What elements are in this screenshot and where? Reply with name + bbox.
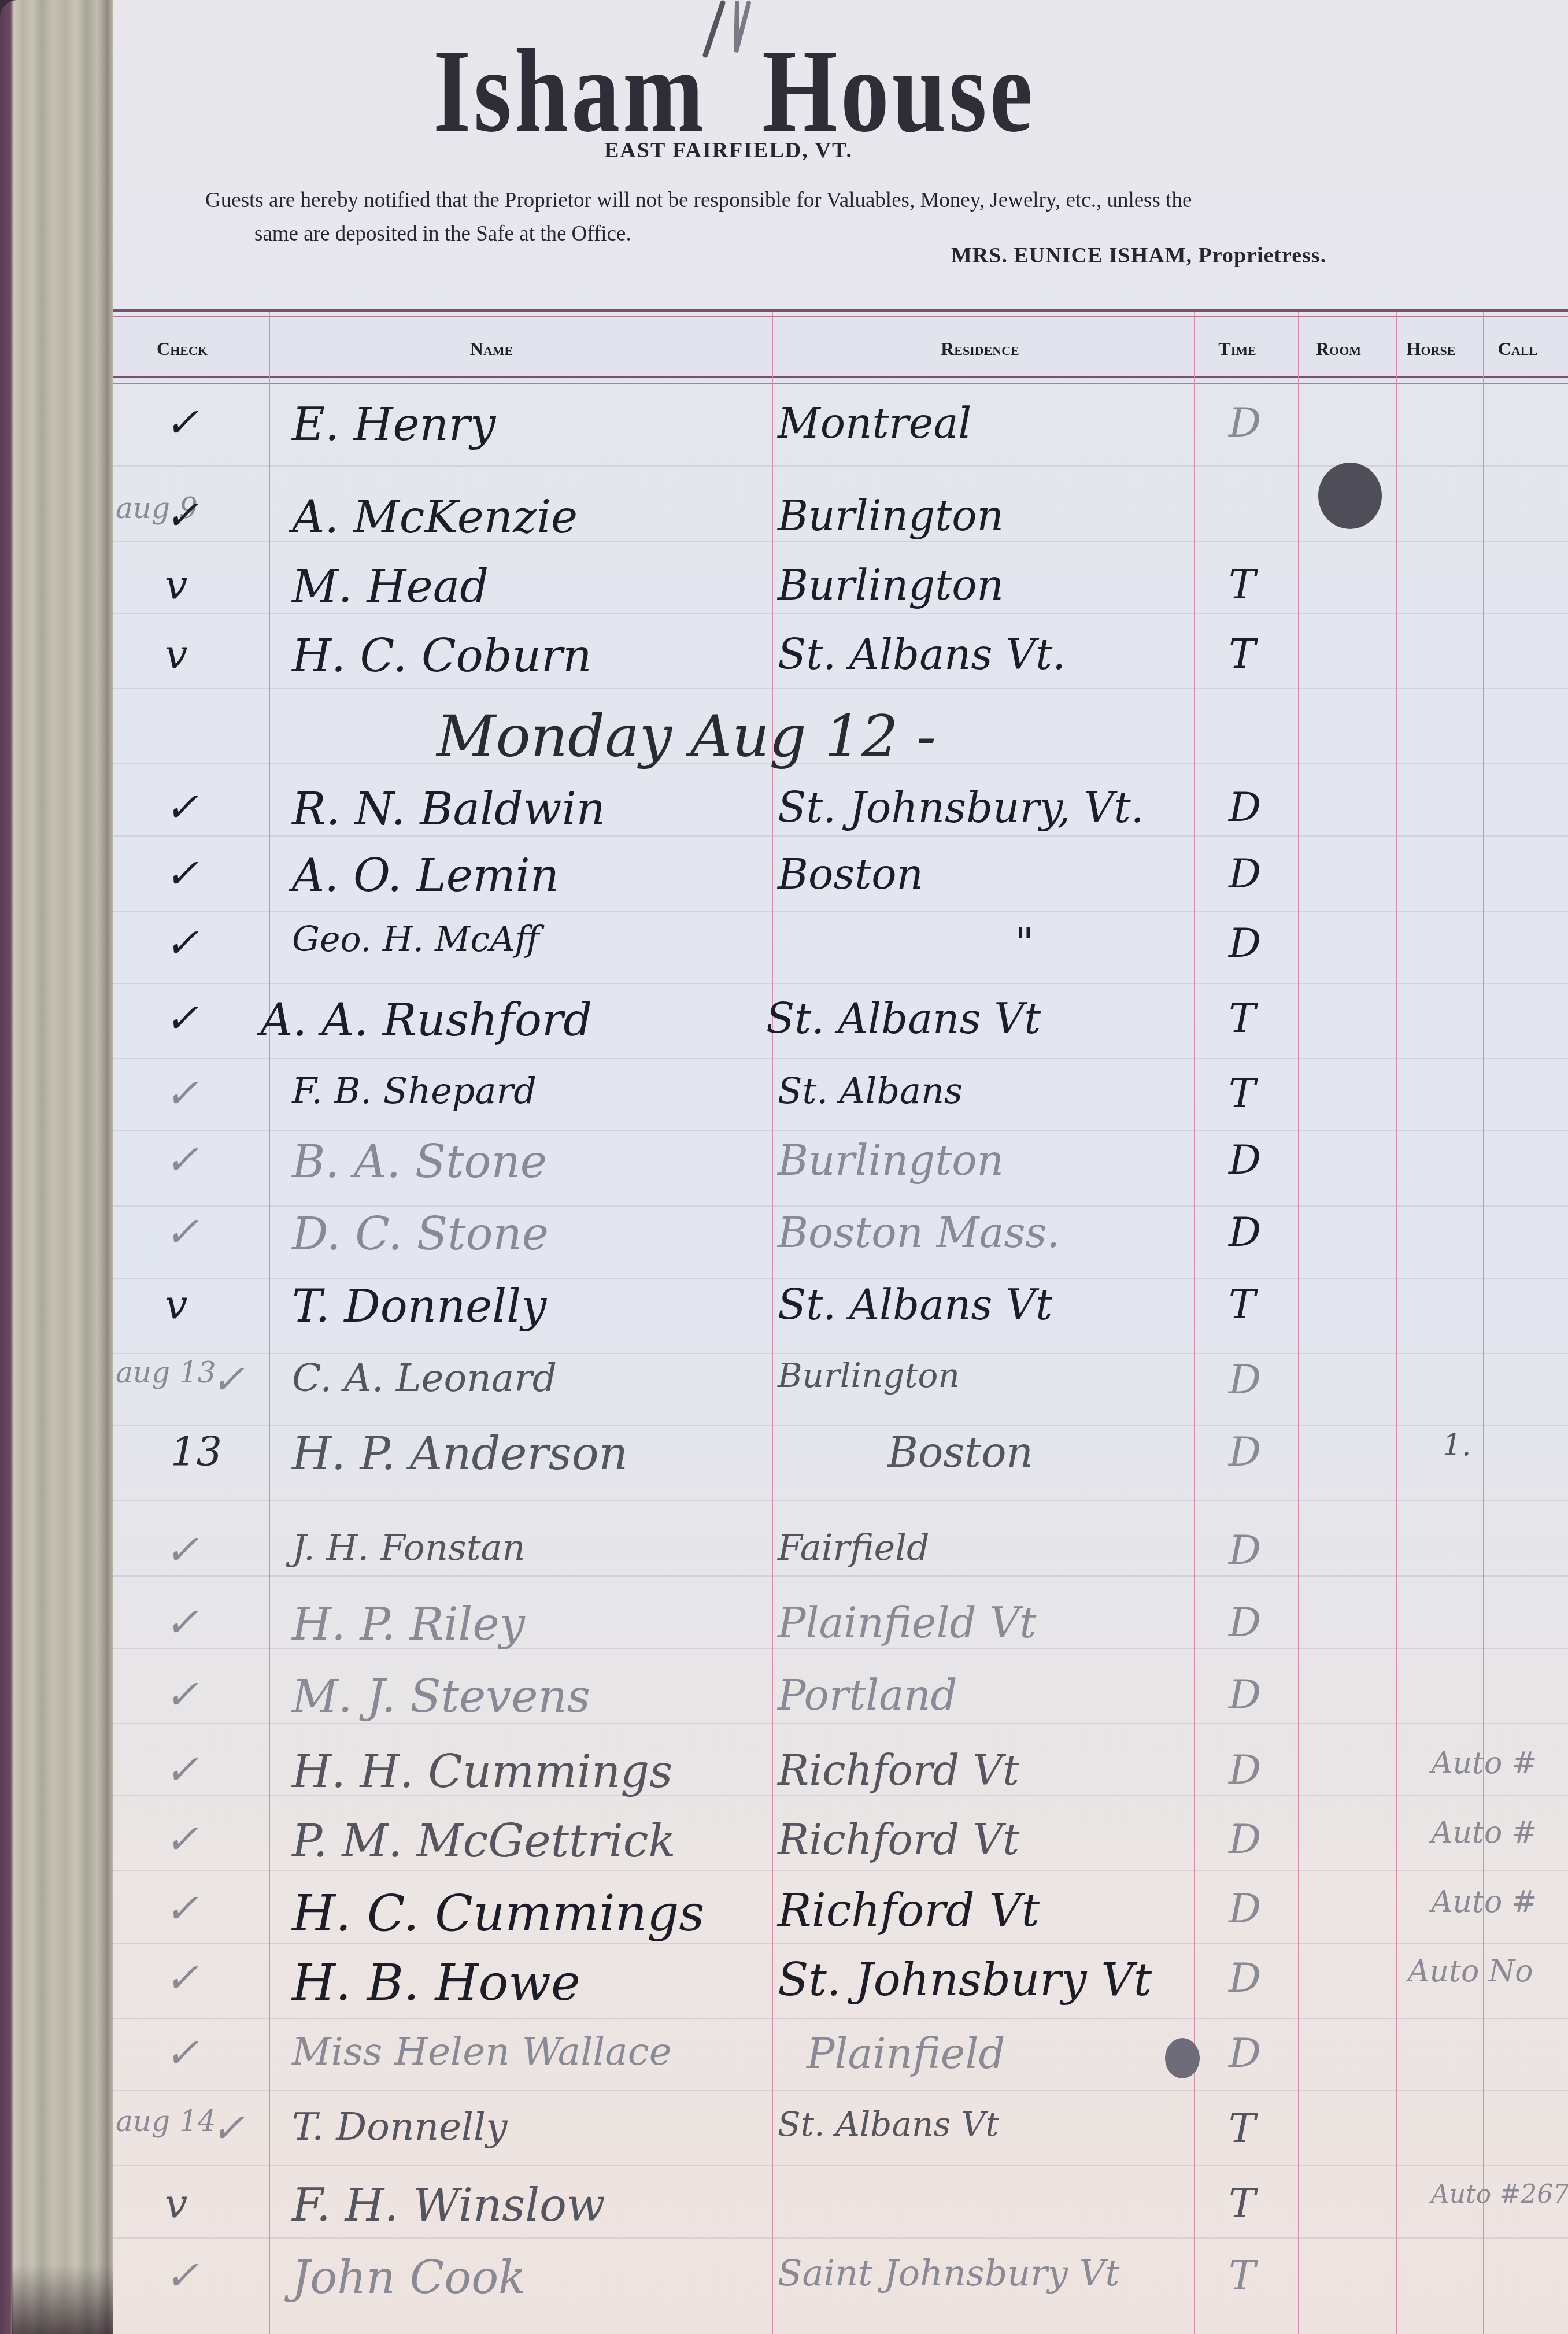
- arrival-time: D: [1229, 1815, 1261, 1863]
- guest-name: R. N. Baldwin: [292, 783, 605, 835]
- guest-residence: Boston: [778, 850, 923, 898]
- arrival-time: T: [1229, 2252, 1256, 2299]
- column-header-name: Name: [275, 338, 708, 360]
- header-top-rule: [113, 309, 1568, 317]
- arrival-time: D: [1229, 1671, 1261, 1718]
- guest-name: F. H. Winslow: [292, 2180, 605, 2232]
- register-row: v H. C. Coburn St. Albans Vt. T: [113, 630, 1568, 705]
- guest-residence: Saint Johnsbury Vt: [778, 2252, 1119, 2294]
- guest-name: H. P. Anderson: [292, 1428, 628, 1480]
- valuables-notice: Guests are hereby notified that the Prop…: [205, 184, 1568, 251]
- guest-name: E. Henry: [292, 399, 495, 451]
- register-row: ✓ A. O. Lemin Boston D: [113, 850, 1568, 925]
- register-row: 13 H. P. Anderson Boston D 1.: [113, 1428, 1568, 1503]
- arrival-time: D: [1229, 1526, 1261, 1574]
- guest-name: F. B. Shepard: [292, 1070, 537, 1112]
- guest-residence: Fairfield: [778, 1526, 930, 1569]
- check-mark: v: [165, 630, 188, 678]
- guest-name: T. Donnelly: [292, 1281, 546, 1333]
- register-page: Isham House EAST FAIRFIELD, VT. Guests a…: [113, 0, 1568, 2334]
- arrival-time: D: [1229, 1746, 1261, 1793]
- guest-name: H. B. Howe: [292, 1954, 580, 2012]
- guest-residence: Plainfield: [807, 2029, 1005, 2078]
- arrival-time: T: [1229, 561, 1256, 608]
- register-row: ✓ Geo. H. McAff " D: [113, 919, 1568, 994]
- check-mark: ✓: [165, 783, 199, 831]
- notice-line-2: same are deposited in the Safe at the Of…: [205, 217, 1568, 251]
- horse-note: Auto No: [1408, 1954, 1533, 1989]
- guest-residence: St. Albans Vt: [778, 2104, 999, 2144]
- arrival-time: D: [1229, 1356, 1261, 1403]
- check-mark: ✓: [165, 1671, 199, 1718]
- register-row: aug 13 ✓ C. A. Leonard Burlington D: [113, 1356, 1568, 1431]
- guest-residence: Portland: [778, 1671, 957, 1719]
- register-row: v F. H. Winslow T Auto #2670: [113, 2180, 1568, 2255]
- guest-name: Miss Helen Wallace: [292, 2029, 672, 2074]
- guest-name: A. O. Lemin: [292, 850, 559, 902]
- arrival-time: D: [1229, 1428, 1261, 1475]
- register-row: ✓ J. H. Fonstan Fairfield D: [113, 1526, 1568, 1601]
- column-header-residence: Residence: [772, 338, 1188, 360]
- check-mark: ✓: [165, 2252, 199, 2299]
- register-row: ✓ H. B. Howe St. Johnsbury Vt D Auto No: [113, 1954, 1568, 2029]
- margin-date-note: 13: [171, 1428, 222, 1475]
- register-row: ✓ F. B. Shepard St. Albans T: [113, 1070, 1568, 1145]
- arrival-time: D: [1229, 783, 1261, 831]
- register-row: ✓ B. A. Stone Burlington D: [113, 1136, 1568, 1211]
- check-mark: ✓: [165, 1136, 199, 1183]
- register-row: ✓ H. C. Cummings Richford Vt D Auto #: [113, 1885, 1568, 1960]
- arrival-time: T: [1229, 994, 1256, 1042]
- check-mark: ✓: [165, 399, 199, 446]
- margin-date-note: aug 13: [116, 1356, 216, 1389]
- guest-residence: Burlington: [778, 1356, 960, 1395]
- check-mark: ✓: [211, 2104, 245, 2152]
- guest-residence: Burlington: [778, 1136, 1004, 1185]
- guest-residence: St. Albans Vt: [778, 1281, 1052, 1329]
- arrival-time: T: [1229, 2180, 1256, 2227]
- check-mark: ✓: [165, 1599, 199, 1646]
- register-row: ✓ M. J. Stevens Portland D: [113, 1671, 1568, 1746]
- register-row: ✓ D. C. Stone Boston Mass. D: [113, 1208, 1568, 1283]
- horse-note: Auto #: [1431, 1746, 1537, 1781]
- check-mark: ✓: [165, 1815, 199, 1863]
- guest-residence: Richford Vt: [778, 1815, 1019, 1864]
- guest-residence: St. Albans Vt: [766, 994, 1041, 1043]
- check-mark: ✓: [165, 1526, 199, 1574]
- arrival-time: D: [1229, 850, 1261, 897]
- date-heading: Monday Aug 12 -: [437, 702, 936, 770]
- check-mark: ✓: [165, 1954, 199, 2002]
- arrival-time: T: [1229, 2104, 1256, 2152]
- column-header-row: Check Name Residence Time Room Horse Cal…: [113, 315, 1568, 382]
- horse-note: Auto #: [1431, 1885, 1537, 1919]
- register-row: aug 9 ✓ A. McKenzie Burlington: [113, 491, 1568, 567]
- arrival-time: D: [1229, 2029, 1261, 2077]
- register-row: ✓ John Cook Saint Johnsbury Vt T: [113, 2252, 1568, 2327]
- page-header: Isham House EAST FAIRFIELD, VT. Guests a…: [113, 0, 1568, 312]
- guest-name: Geo. H. McAff: [292, 919, 539, 960]
- guest-name: H. P. Riley: [292, 1599, 525, 1651]
- guest-residence: Boston: [887, 1428, 1033, 1477]
- guest-name: J. H. Fonstan: [292, 1526, 525, 1569]
- guest-name: C. A. Leonard: [292, 1356, 557, 1400]
- arrival-time: D: [1229, 1885, 1261, 1932]
- column-header-horse: Horse: [1393, 338, 1469, 360]
- check-mark: ✓: [165, 1070, 199, 1117]
- check-mark: v: [165, 2180, 188, 2227]
- guest-name: A. McKenzie: [292, 491, 578, 543]
- arrival-time: D: [1229, 1954, 1261, 2002]
- arrival-time: T: [1229, 1070, 1256, 1117]
- guest-name: John Cook: [292, 2252, 526, 2304]
- guest-name: H. H. Cummings: [292, 1746, 672, 1798]
- guest-residence: Boston Mass.: [778, 1208, 1060, 1257]
- header-bottom-rule: [113, 376, 1568, 384]
- arrival-time: D: [1229, 1208, 1261, 1256]
- register-row: ✓ R. N. Baldwin St. Johnsbury, Vt. D: [113, 783, 1568, 859]
- guest-residence: ": [1015, 919, 1034, 968]
- arrival-time: D: [1229, 399, 1261, 446]
- guest-name: P. M. McGettrick: [292, 1815, 676, 1867]
- check-mark: ✓: [165, 491, 199, 539]
- guest-name: D. C. Stone: [292, 1208, 549, 1260]
- notice-line-1: Guests are hereby notified that the Prop…: [205, 188, 1192, 212]
- horse-note: Auto #: [1431, 1815, 1537, 1850]
- arrival-time: T: [1229, 630, 1256, 678]
- check-mark: ✓: [165, 2029, 199, 2077]
- check-mark: ✓: [165, 919, 199, 967]
- horse-note: 1.: [1443, 1428, 1471, 1463]
- check-mark: v: [165, 1281, 188, 1328]
- margin-date-note: aug 14: [116, 2104, 216, 2138]
- guest-name: M. Head: [292, 561, 489, 613]
- guest-name: M. J. Stevens: [292, 1671, 590, 1723]
- guest-name: H. C. Cummings: [292, 1885, 704, 1943]
- hotel-location: EAST FAIRFIELD, VT.: [113, 138, 1344, 163]
- register-row: ✓ H. H. Cummings Richford Vt D Auto #: [113, 1746, 1568, 1821]
- check-mark: ✓: [165, 1208, 199, 1256]
- guest-residence: St. Albans: [778, 1070, 963, 1112]
- check-mark: ✓: [165, 1746, 199, 1793]
- arrival-time: T: [1229, 1281, 1256, 1328]
- guest-residence: St. Johnsbury Vt: [778, 1954, 1152, 2006]
- column-header-call: Call: [1486, 338, 1549, 360]
- book-fore-edge: [0, 0, 113, 2334]
- guest-name: A. A. Rushford: [260, 994, 592, 1046]
- guest-residence: Burlington: [778, 491, 1004, 540]
- guest-residence: Richford Vt: [778, 1885, 1040, 1937]
- register-row: ✓ H. P. Riley Plainfield Vt D: [113, 1599, 1568, 1674]
- check-mark: ✓: [165, 850, 199, 897]
- guest-name: T. Donnelly: [292, 2104, 508, 2149]
- column-header-time: Time: [1197, 338, 1278, 360]
- arrival-time: D: [1229, 1136, 1261, 1183]
- arrival-time: D: [1229, 1599, 1261, 1646]
- column-header-room: Room: [1298, 338, 1379, 360]
- register-row: ✓ A. A. Rushford St. Albans Vt T: [113, 994, 1568, 1070]
- register-row: v T. Donnelly St. Albans Vt T: [113, 1281, 1568, 1356]
- register-row: ✓ Miss Helen Wallace Plainfield D: [113, 2029, 1568, 2104]
- guest-residence: Richford Vt: [778, 1746, 1019, 1795]
- register-row: v M. Head Burlington T: [113, 561, 1568, 636]
- guest-name: B. A. Stone: [292, 1136, 547, 1188]
- check-mark: v: [165, 561, 188, 608]
- column-header-check: Check: [130, 338, 234, 360]
- check-mark: ✓: [165, 994, 199, 1042]
- register-row: aug 14 ✓ T. Donnelly St. Albans Vt T: [113, 2104, 1568, 2180]
- guest-name: H. C. Coburn: [292, 630, 591, 682]
- horse-note: Auto #2670: [1431, 2180, 1568, 2209]
- guest-residence: St. Albans Vt.: [778, 630, 1066, 679]
- guest-residence: Plainfield Vt: [778, 1599, 1036, 1647]
- check-mark: ✓: [211, 1356, 245, 1403]
- register-row: ✓ E. Henry Montreal D: [113, 399, 1568, 474]
- check-mark: ✓: [165, 1885, 199, 1932]
- date-heading-row: Monday Aug 12 -: [113, 702, 1568, 778]
- guest-residence: St. Johnsbury, Vt.: [778, 783, 1144, 832]
- register-row: ✓ P. M. McGettrick Richford Vt D Auto #: [113, 1815, 1568, 1891]
- arrival-time: D: [1229, 919, 1261, 967]
- guest-residence: Burlington: [778, 561, 1004, 609]
- proprietor-name: MRS. EUNICE ISHAM, Proprietress.: [951, 243, 1326, 268]
- guest-residence: Montreal: [778, 399, 971, 447]
